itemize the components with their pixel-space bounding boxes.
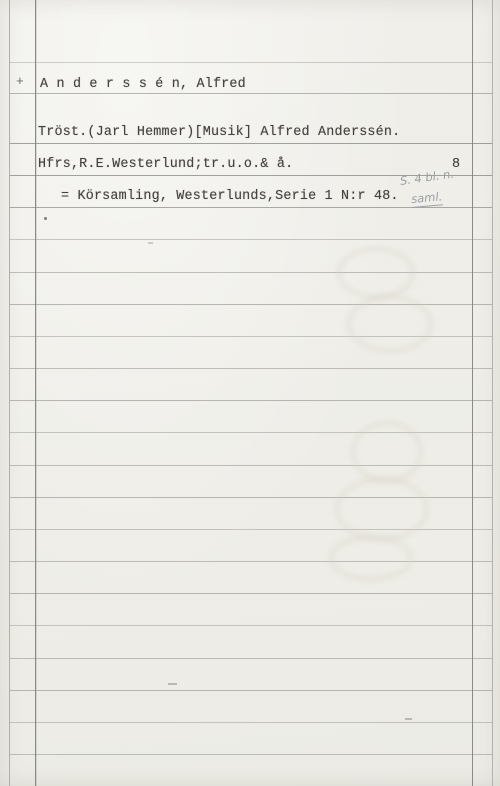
bleedthrough-mark [330, 536, 412, 580]
ruled-line [9, 93, 493, 94]
margin-plus-mark: + [16, 74, 24, 90]
scan-speck [148, 242, 153, 244]
author-heading: A n d e r s s é n, Alfred [40, 77, 246, 93]
title-line: Tröst.(Jarl Hemmer)[Musik] Alfred Anders… [38, 125, 400, 141]
scan-speck [168, 683, 177, 685]
bleedthrough-mark [338, 248, 414, 298]
bleedthrough-mark [348, 296, 432, 352]
ruled-line [9, 143, 493, 144]
ruled-line [9, 272, 493, 273]
pencil-annotation-line2: saml. [411, 190, 443, 208]
catalog-card-scan: + A n d e r s s é n, Alfred Tröst.(Jarl … [0, 0, 500, 786]
card-right-edge-line [492, 0, 493, 786]
ruled-line [9, 239, 493, 240]
series-line: = Körsamling, Westerlunds,Serie 1 N:r 48… [61, 189, 399, 205]
ruled-line [9, 754, 493, 755]
ruled-line [9, 722, 493, 723]
right-margin-rule [472, 0, 473, 786]
ruled-line [9, 62, 493, 63]
ruled-line [9, 465, 493, 466]
ruled-line [9, 625, 493, 626]
ruled-line [9, 529, 493, 530]
left-margin-rule [35, 0, 36, 786]
stray-ink-dot [44, 217, 47, 220]
ruled-line [9, 400, 493, 401]
card-left-edge-line [9, 0, 10, 786]
pencil-annotation-line1: S. 4 bl. n. [399, 168, 455, 188]
ruled-line [9, 593, 493, 594]
scan-speck [405, 718, 412, 720]
bleedthrough-mark [336, 478, 428, 540]
ruled-line [9, 368, 493, 369]
ruled-line [9, 658, 493, 659]
bleedthrough-mark [352, 422, 422, 482]
ruled-line [9, 561, 493, 562]
ruled-line [9, 690, 493, 691]
imprint-line: Hfrs,R.E.Westerlund;tr.u.o.& å. [38, 157, 293, 173]
ruled-line [9, 432, 493, 433]
